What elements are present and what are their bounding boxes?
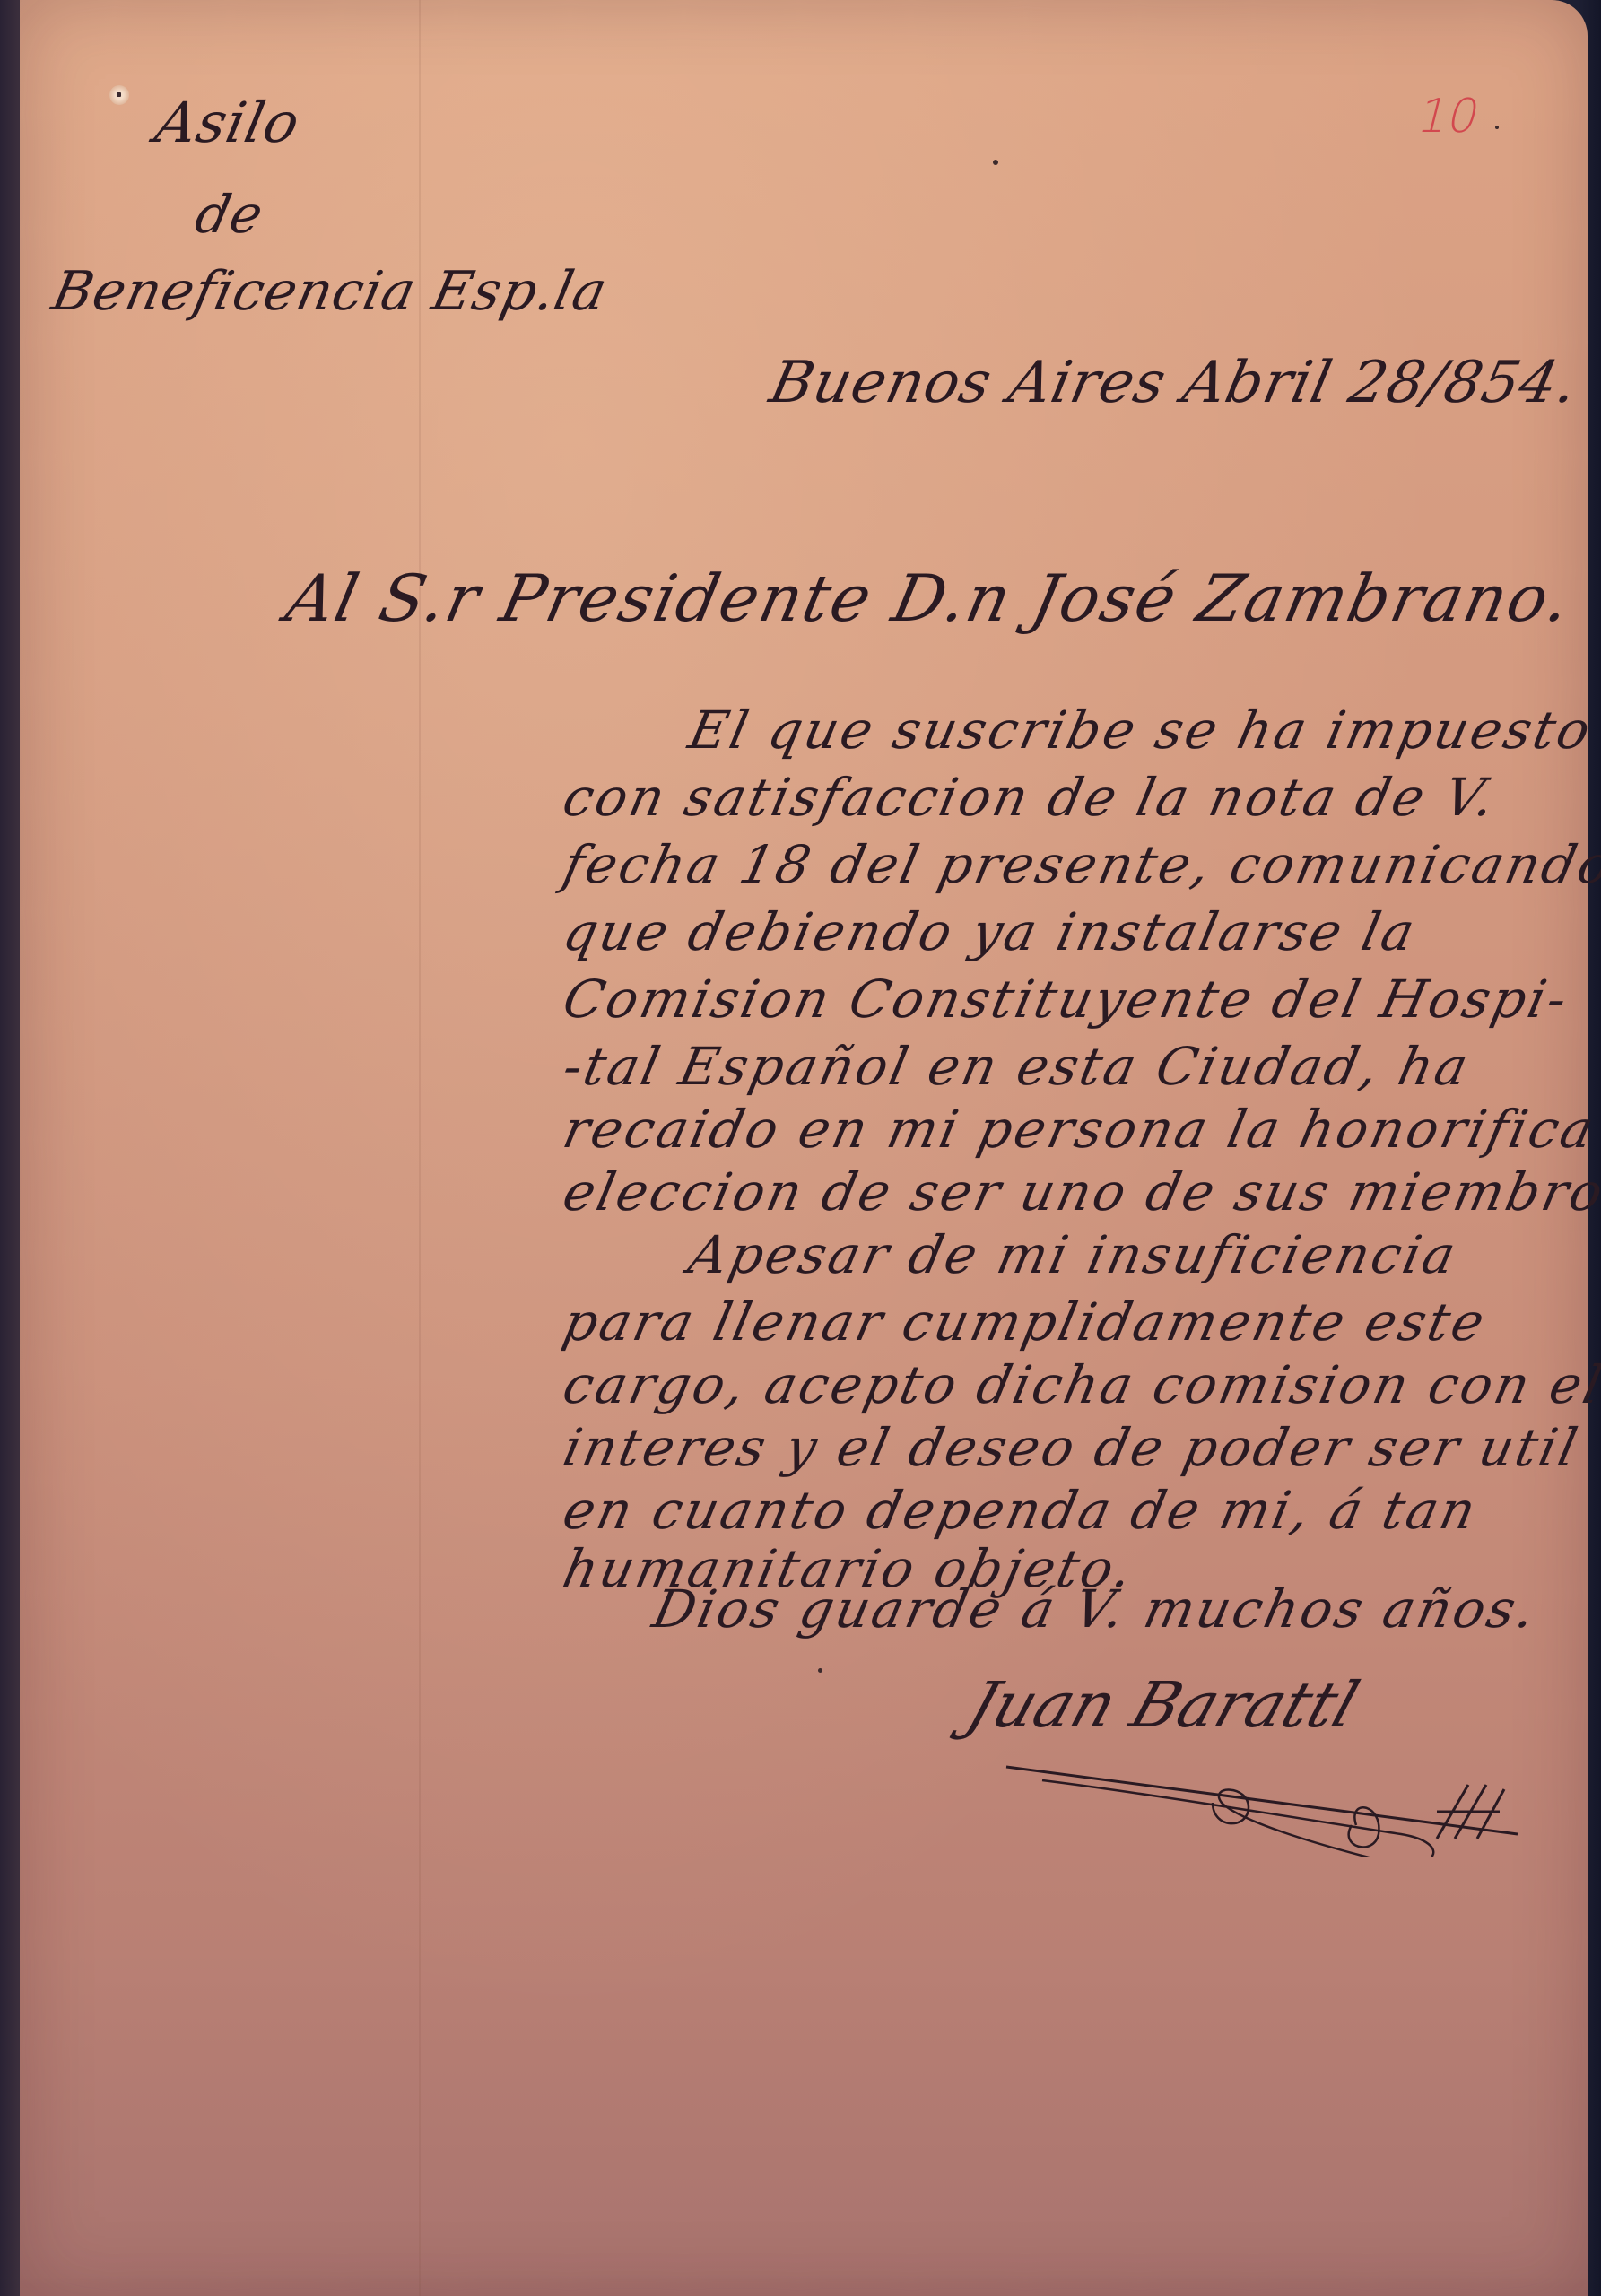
body-line: -tal Español en esta Ciudad, ha bbox=[558, 1036, 1475, 1097]
signature-flourish-icon bbox=[970, 1749, 1527, 1857]
body-line: que debiendo ya instalarse la bbox=[558, 901, 1423, 962]
ink-speck bbox=[993, 160, 998, 165]
body-line: en cuanto dependa de mi, á tan bbox=[558, 1480, 1484, 1541]
signature: Juan Barattl bbox=[959, 1668, 1368, 1742]
body-line: Comision Constituyente del Hospi- bbox=[558, 969, 1575, 1030]
letter-page: 10 Asilo de Beneficencia Esp.la Buenos A… bbox=[20, 0, 1588, 2296]
ink-speck bbox=[818, 1668, 822, 1673]
salutation: Al S.r Presidente D.n José Zambrano. bbox=[280, 561, 1579, 636]
body-line: Apesar de mi insuficiencia bbox=[683, 1224, 1464, 1285]
body-line: eleccion de ser uno de sus miembros. bbox=[558, 1161, 1601, 1222]
dateline: Buenos Aires Abril 28/854. bbox=[764, 350, 1584, 416]
body-line: El que suscribe se ha impuesto bbox=[683, 700, 1598, 761]
vertical-fold-line bbox=[419, 0, 421, 2296]
letterhead-line-3: Beneficencia Esp.la bbox=[47, 260, 613, 323]
ink-speck bbox=[1495, 126, 1499, 129]
body-line: fecha 18 del presente, comunicandole, bbox=[558, 834, 1601, 895]
body-line: para llenar cumplidamente este bbox=[558, 1291, 1492, 1352]
letterhead-line-2: de bbox=[190, 184, 269, 245]
body-line: interes y el deseo de poder ser util bbox=[558, 1417, 1585, 1478]
closing-line: Dios guarde á V. muchos años. bbox=[648, 1578, 1543, 1639]
letterhead-line-1: Asilo bbox=[150, 90, 306, 155]
body-line: recaido en mi persona la honorifica bbox=[558, 1099, 1601, 1160]
body-line: con satisfaccion de la nota de V. bbox=[558, 767, 1502, 828]
archive-folio-number: 10 bbox=[1413, 90, 1485, 143]
pin-hole bbox=[109, 85, 129, 105]
body-line: cargo, acepto dicha comision con el bbox=[558, 1354, 1601, 1415]
